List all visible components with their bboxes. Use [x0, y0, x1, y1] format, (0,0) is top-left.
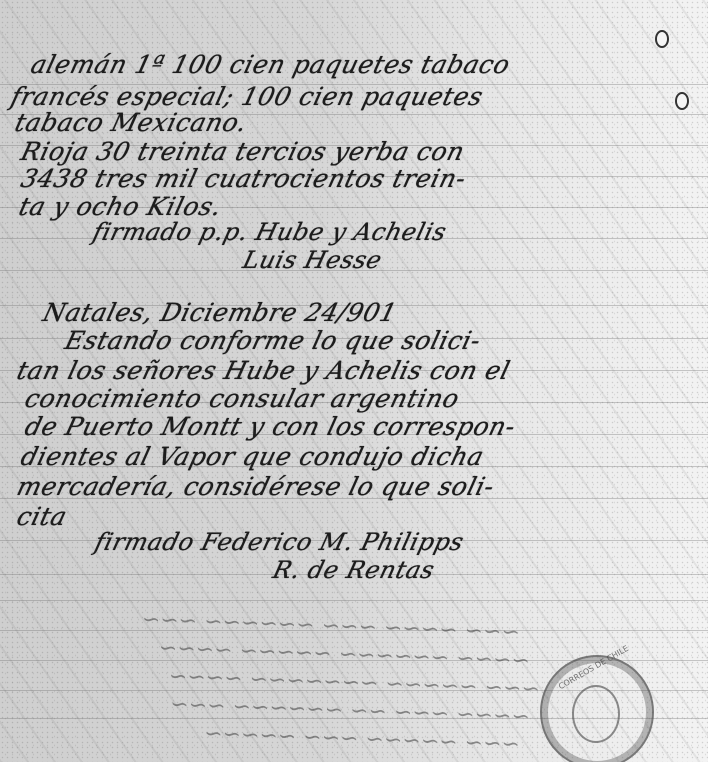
punch-hole [655, 30, 669, 48]
scanned-document-page: alemán 1ª 100 cien paquetes tabaco franc… [0, 0, 708, 762]
entry2-line-5: dientes al Vapor que condujo dicha [18, 442, 487, 471]
stamp-emblem [572, 685, 620, 743]
entry1-line-4: Rioja 30 treinta tercios yerba con [18, 137, 468, 166]
entry2-line-7: cita [14, 502, 70, 531]
entry2-signature-1: firmado Federico M. Philipps [92, 528, 467, 556]
entry1-signature-2: Luis Hesse [240, 246, 385, 274]
entry2-heading: Natales, Diciembre 24/901 [40, 298, 400, 327]
circular-stamp: CORREOS DE CHILE [540, 655, 654, 762]
punch-hole [675, 92, 689, 110]
ruled-line [0, 600, 708, 601]
entry2-line-6: mercadería, considérese lo que soli- [14, 472, 497, 501]
entry1-signature-1: firmado p.p. Hube y Achelis [90, 218, 450, 246]
entry1-line-3: tabaco Mexicano. [12, 108, 250, 137]
entry1-line-6: ta y ocho Kilos. [16, 192, 225, 221]
entry2-line-3: conocimiento consular argentino [22, 384, 462, 413]
entry1-line-1: alemán 1ª 100 cien paquetes tabaco [28, 50, 513, 79]
entry2-signature-2: R. de Rentas [270, 556, 438, 584]
entry2-line-2: tan los señores Hube y Achelis con el [14, 356, 513, 385]
entry1-line-2: francés especial; 100 cien paquetes [8, 82, 486, 111]
entry2-line-1: Estando conforme lo que solici- [62, 326, 484, 355]
entry1-line-5: 3438 tres mil cuatrocientos trein- [18, 164, 469, 193]
entry2-line-4: de Puerto Montt y con los correspon- [22, 412, 519, 441]
